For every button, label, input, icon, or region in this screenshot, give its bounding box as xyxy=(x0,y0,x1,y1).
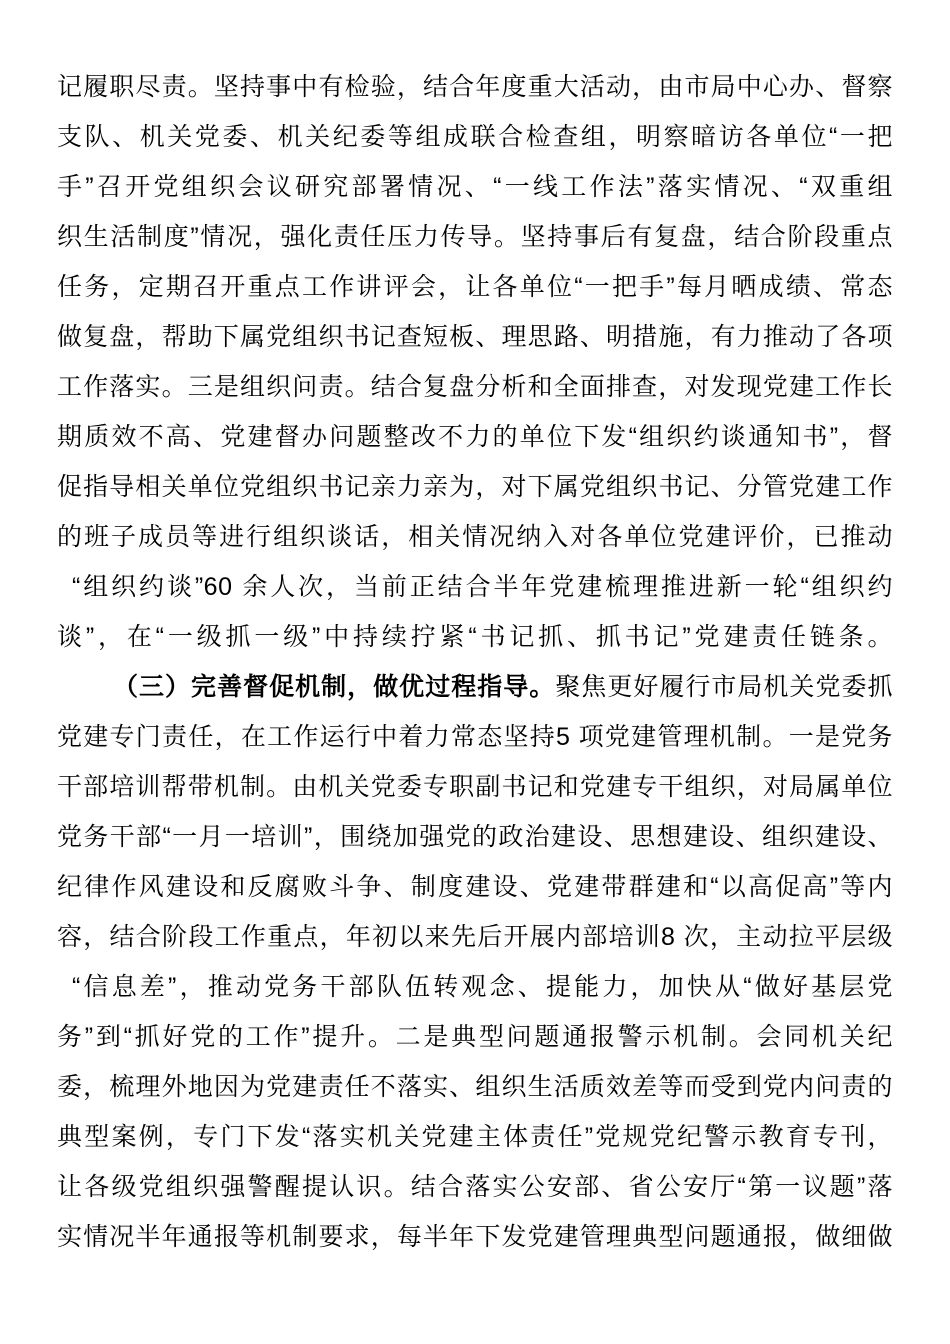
text-line: 做复盘，帮助下属党组织书记查短板、理思路、明措施，有力推动了各项 xyxy=(57,312,893,362)
section-heading-line: （三）完善督促机制，做优过程指导。聚焦更好履行市局机关党委抓 xyxy=(57,662,893,712)
text-line: 工作落实。三是组织问责。结合复盘分析和全面排查，对发现党建工作长 xyxy=(57,362,893,412)
text-line: 干部培训帮带机制。由机关党委专职副书记和党建专干组织，对局属单位 xyxy=(57,762,893,812)
text-line: 党务干部“一月一培训”，围绕加强党的政治建设、思想建设、组织建设、 xyxy=(57,812,893,862)
text-line: 党建专门责任，在工作运行中着力常态坚持5 项党建管理机制。一是党务 xyxy=(57,712,893,762)
document-body: 记履职尽责。坚持事中有检验，结合年度重大活动，由市局中心办、督察 支队、机关党委… xyxy=(57,62,893,1262)
text-line: “信息差”，推动党务干部队伍转观念、提能力，加快从“做好基层党 xyxy=(57,962,893,1012)
text-line: 记履职尽责。坚持事中有检验，结合年度重大活动，由市局中心办、督察 xyxy=(57,62,893,112)
text-line: 委，梳理外地因为党建责任不落实、组织生活质效差等而受到党内问责的 xyxy=(57,1062,893,1112)
text-line: 的班子成员等进行组织谈话，相关情况纳入对各单位党建评价，已推动 xyxy=(57,512,893,562)
text-line: 手”召开党组织会议研究部署情况、“一线工作法”落实情况、“双重组 xyxy=(57,162,893,212)
text-line: 典型案例，专门下发“落实机关党建主体责任”党规党纪警示教育专刊， xyxy=(57,1112,893,1162)
text-line: 期质效不高、党建督办问题整改不力的单位下发“组织约谈通知书”，督 xyxy=(57,412,893,462)
text-line: 实情况半年通报等机制要求，每半年下发党建管理典型问题通报，做细做 xyxy=(57,1212,893,1262)
section-heading: （三）完善督促机制，做优过程指导。 xyxy=(113,673,555,701)
text-line: 促指导相关单位党组织书记亲力亲为，对下属党组织书记、分管党建工作 xyxy=(57,462,893,512)
text-line: “组织约谈”60 余人次，当前正结合半年党建梳理推进新一轮“组织约 xyxy=(57,562,893,612)
text-line: 务”到“抓好党的工作”提升。二是典型问题通报警示机制。会同机关纪 xyxy=(57,1012,893,1062)
text-line: 纪律作风建设和反腐败斗争、制度建设、党建带群建和“以高促高”等内 xyxy=(57,862,893,912)
text-line: 谈”，在“一级抓一级”中持续拧紧“书记抓、抓书记”党建责任链条。 xyxy=(57,612,893,662)
document-page: 记履职尽责。坚持事中有检验，结合年度重大活动，由市局中心办、督察 支队、机关党委… xyxy=(0,0,950,1344)
text-segment: 聚焦更好履行市局机关党委抓 xyxy=(555,673,893,701)
text-line: 任务，定期召开重点工作讲评会，让各单位“一把手”每月晒成绩、常态 xyxy=(57,262,893,312)
text-line: 容，结合阶段工作重点，年初以来先后开展内部培训8 次，主动拉平层级 xyxy=(57,912,893,962)
text-line: 织生活制度”情况，强化责任压力传导。坚持事后有复盘，结合阶段重点 xyxy=(57,212,893,262)
text-line: 支队、机关党委、机关纪委等组成联合检查组，明察暗访各单位“一把 xyxy=(57,112,893,162)
text-line: 让各级党组织强警醒提认识。结合落实公安部、省公安厅“第一议题”落 xyxy=(57,1162,893,1212)
